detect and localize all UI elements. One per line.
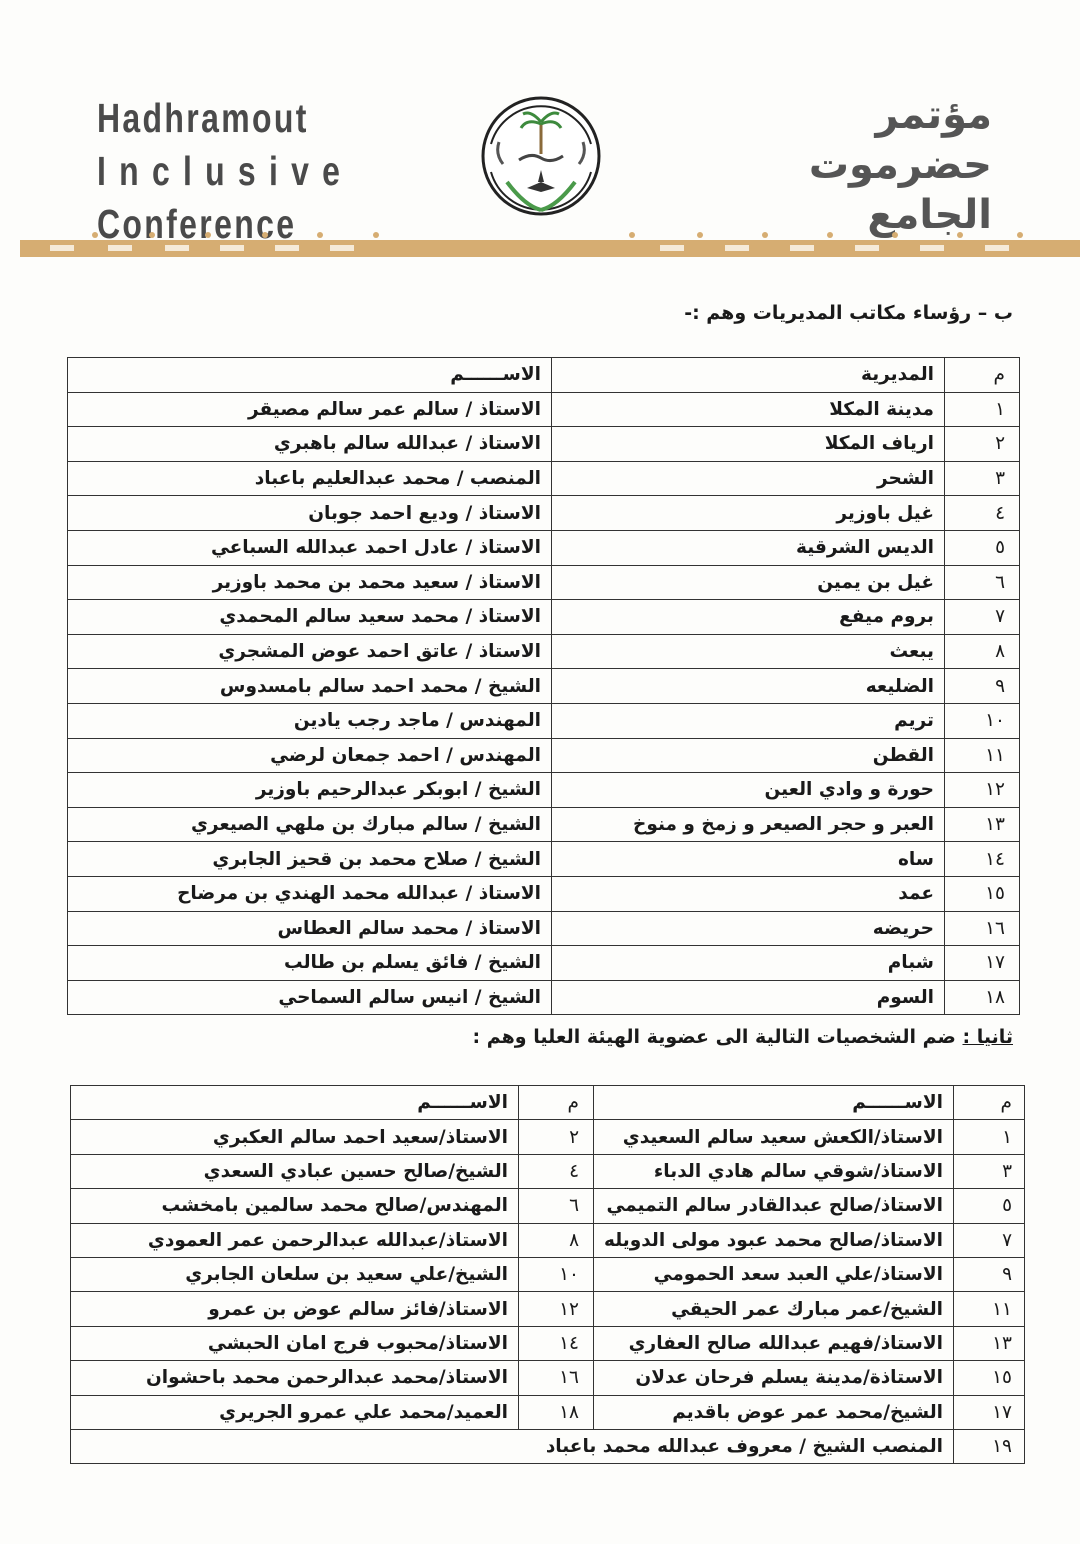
- member-num: ١٧: [954, 1395, 1025, 1429]
- directorate-name: غيل باوزير: [552, 496, 945, 531]
- table-row: ١٥عمدالاستاذ / عبدالله محمد الهندي بن مر…: [68, 876, 1020, 911]
- column-header-num: م: [519, 1086, 594, 1120]
- member-name: الاستاذ/الكعش سعيد سالم السعيدي: [594, 1120, 954, 1154]
- table-row: ٢ارياف المكلاالاستاذ / عبدالله سالم باهب…: [68, 427, 1020, 462]
- member-num: ٦: [519, 1189, 594, 1223]
- directorate-name: بروم ميفع: [552, 600, 945, 635]
- row-num: ٨: [945, 634, 1020, 669]
- member-num: ١١: [954, 1292, 1025, 1326]
- member-name: الاستاذ/فائز سالم عوض بن عمرو: [71, 1292, 519, 1326]
- member-name: المهندس/صالح محمد سالمين بامخشب: [71, 1189, 519, 1223]
- directorate-name: الضليعه: [552, 669, 945, 704]
- table-row: ١٧شبامالشيخ / فائق يسلم بن طالب: [68, 946, 1020, 981]
- member-num: ٥: [954, 1189, 1025, 1223]
- row-num: ١٠: [945, 703, 1020, 738]
- row-num: ١٢: [945, 773, 1020, 808]
- row-num: ١: [945, 392, 1020, 427]
- member-name: الشيخ/محمد عمر عوض باقديم: [594, 1395, 954, 1429]
- column-header-name: الاســــــم: [594, 1086, 954, 1120]
- member-num: ١٣: [954, 1326, 1025, 1360]
- row-num: ١٧: [945, 946, 1020, 981]
- column-header-name: الاســــــم: [71, 1086, 519, 1120]
- conference-logo-icon: [477, 92, 605, 220]
- table-row: ٧بروم ميفعالاستاذ / محمد سعيد سالم المحم…: [68, 600, 1020, 635]
- table-row: ٩الضليعهالشيخ / محمد احمد سالم بامسدوس: [68, 669, 1020, 704]
- row-num: ١٥: [945, 876, 1020, 911]
- directorate-name: حريضه: [552, 911, 945, 946]
- decorative-band: [20, 230, 1080, 260]
- section-2-label: ثانيا :: [962, 1026, 1013, 1048]
- directorate-name: السوم: [552, 980, 945, 1015]
- office-head-name: المنصب / محمد عبدالعليم باعباد: [68, 461, 552, 496]
- office-head-name: المهندس / احمد جمعان لرضي: [68, 738, 552, 773]
- letterhead: Hadhramout Inclusive Conference مؤتمر حض…: [0, 80, 1080, 265]
- table-header-row: م المديرية الاســــــم: [68, 358, 1020, 393]
- row-num: ٤: [945, 496, 1020, 531]
- member-name: الاستاذ/سعيد احمد سالم العكبري: [71, 1120, 519, 1154]
- directorate-name: غيل بن يمين: [552, 565, 945, 600]
- row-num: ٣: [945, 461, 1020, 496]
- table-row: ١٦حريضهالاستاذ / محمد سالم العطاس: [68, 911, 1020, 946]
- table-row: ١٤ساهالشيخ / صلاح محمد بن قحيز الجابري: [68, 842, 1020, 877]
- office-head-name: الاستاذ / سعيد محمد بن محمد باوزير: [68, 565, 552, 600]
- office-head-name: الشيخ / سالم مبارك بن ملهي الصيعري: [68, 807, 552, 842]
- table-row: ١٥الاستاذة/مدينة يسلم فرحان عدلان١٦الاست…: [71, 1361, 1025, 1395]
- member-name: الاستاذ/عبدالله عبدالرحمن عمر العمودي: [71, 1223, 519, 1257]
- member-name: الاستاذ/محبوب فرج امان الحبشي: [71, 1326, 519, 1360]
- directorate-name: مدينة المكلا: [552, 392, 945, 427]
- table-row: ١مدينة المكلاالاستاذ / سالم عمر سالم مصي…: [68, 392, 1020, 427]
- row-num: ١٨: [945, 980, 1020, 1015]
- table-row: ٥الاستاذ/صالح عبدالقادر سالم التميمي٦الم…: [71, 1189, 1025, 1223]
- directorate-name: حورة و وادي العين: [552, 773, 945, 808]
- column-header-name: الاســــــم: [68, 358, 552, 393]
- directorate-name: الشحر: [552, 461, 945, 496]
- member-name: الشيخ/عمر مبارك عمر الحيقي: [594, 1292, 954, 1326]
- table-header-row: م الاســــــم م الاســــــم: [71, 1086, 1025, 1120]
- office-head-name: الاستاذ / عاتق احمد عوض المشجري: [68, 634, 552, 669]
- member-num: ٨: [519, 1223, 594, 1257]
- directorate-name: شبام: [552, 946, 945, 981]
- office-head-name: الاستاذ / عبدالله سالم باهبري: [68, 427, 552, 462]
- office-head-name: الشيخ / ابوبكر عبدالرحيم باوزير: [68, 773, 552, 808]
- table-row: ١٠تريمالمهندس / ماجد رجب يادين: [68, 703, 1020, 738]
- table-row: ١١الشيخ/عمر مبارك عمر الحيقي١٢الاستاذ/فا…: [71, 1292, 1025, 1326]
- table-row: ٤غيل باوزيرالاستاذ / وديع احمد جوبان: [68, 496, 1020, 531]
- member-num: ١٩: [954, 1429, 1025, 1463]
- table-row: ٩الاستاذ/علي العبد سعد الحمومي١٠الشيخ/عل…: [71, 1257, 1025, 1291]
- member-name: العميد/محمد علي عمرو الجريري: [71, 1395, 519, 1429]
- directorate-name: تريم: [552, 703, 945, 738]
- row-num: ٧: [945, 600, 1020, 635]
- member-num: ٢: [519, 1120, 594, 1154]
- conference-title-arabic: مؤتمر حضرموت الجامع: [809, 90, 992, 240]
- directorate-name: ساه: [552, 842, 945, 877]
- member-name: الاستاذة/مدينة يسلم فرحان عدلان: [594, 1361, 954, 1395]
- member-num: ٧: [954, 1223, 1025, 1257]
- office-head-name: الشيخ / فائق يسلم بن طالب: [68, 946, 552, 981]
- member-name: الاستاذ/فهيم عبدالله صالح العفاري: [594, 1326, 954, 1360]
- office-head-name: المهندس / ماجد رجب يادين: [68, 703, 552, 738]
- directorate-name: يبعث: [552, 634, 945, 669]
- directorate-name: الديس الشرقية: [552, 530, 945, 565]
- member-name: الشيخ/صالح حسين عبادي السعدي: [71, 1154, 519, 1188]
- row-num: ٢: [945, 427, 1020, 462]
- high-committee-members-table: م الاســــــم م الاســــــم ١الاستاذ/الك…: [70, 1085, 1025, 1464]
- member-name: الاستاذ/صالح عبدالقادر سالم التميمي: [594, 1189, 954, 1223]
- office-head-name: الاستاذ / محمد سالم العطاس: [68, 911, 552, 946]
- row-num: ٩: [945, 669, 1020, 704]
- directorate-name: العبر و حجر الصيعر و زمخ و منوخ: [552, 807, 945, 842]
- member-num: ١٤: [519, 1326, 594, 1360]
- member-name: الاستاذ/محمد عبدالرحمن محمد باحشوان: [71, 1361, 519, 1395]
- row-num: ١١: [945, 738, 1020, 773]
- office-head-name: الاستاذ / عبدالله محمد الهندي بن مرضاح: [68, 876, 552, 911]
- member-num: ١٠: [519, 1257, 594, 1291]
- table-row: ٣الشحرالمنصب / محمد عبدالعليم باعباد: [68, 461, 1020, 496]
- member-name: الشيخ/علي سعيد بن سلعان الجابري: [71, 1257, 519, 1291]
- table-row: ١١القطنالمهندس / احمد جمعان لرضي: [68, 738, 1020, 773]
- table-row-last: ١٩ المنصب الشيخ / معروف عبدالله محمد باع…: [71, 1429, 1025, 1463]
- office-head-name: الاستاذ / سالم عمر سالم مصيقر: [68, 392, 552, 427]
- section-b-heading: ب – رؤساء مكاتب المديريات وهم :-: [684, 302, 1013, 324]
- office-head-name: الاستاذ / محمد سعيد سالم المحمدي: [68, 600, 552, 635]
- table-row: ١٢حورة و وادي العينالشيخ / ابوبكر عبدالر…: [68, 773, 1020, 808]
- table-row: ١الاستاذ/الكعش سعيد سالم السعيدي٢الاستاذ…: [71, 1120, 1025, 1154]
- table-row: ٦غيل بن يمينالاستاذ / سعيد محمد بن محمد …: [68, 565, 1020, 600]
- directorate-name: ارياف المكلا: [552, 427, 945, 462]
- office-head-name: الشيخ / صلاح محمد بن قحيز الجابري: [68, 842, 552, 877]
- office-head-name: الشيخ / محمد احمد سالم بامسدوس: [68, 669, 552, 704]
- table-row: ١٧الشيخ/محمد عمر عوض باقديم١٨العميد/محمد…: [71, 1395, 1025, 1429]
- office-head-name: الاستاذ / عادل احمد عبدالله السباعي: [68, 530, 552, 565]
- conference-title-english: Hadhramout Inclusive Conference: [97, 92, 319, 251]
- directorate-heads-table: م المديرية الاســــــم ١مدينة المكلاالاس…: [67, 357, 1020, 1015]
- office-head-name: الشيخ / انيس سالم السماحي: [68, 980, 552, 1015]
- section-2-text: ضم الشخصيات التالية الى عضوية الهيئة الع…: [473, 1026, 963, 1048]
- member-num: ١٢: [519, 1292, 594, 1326]
- member-name: الاستاذ/علي العبد سعد الحمومي: [594, 1257, 954, 1291]
- directorate-name: عمد: [552, 876, 945, 911]
- column-header-num: م: [954, 1086, 1025, 1120]
- member-name: المنصب الشيخ / معروف عبدالله محمد باعباد: [71, 1429, 954, 1463]
- member-name: الاستاذ/صالح محمد عبود مولى الدويله: [594, 1223, 954, 1257]
- member-num: ١٨: [519, 1395, 594, 1429]
- table-row: ٧الاستاذ/صالح محمد عبود مولى الدويله٨الا…: [71, 1223, 1025, 1257]
- row-num: ١٣: [945, 807, 1020, 842]
- member-name: الاستاذ/شوقي سالم هادي الدباء: [594, 1154, 954, 1188]
- column-header-num: م: [945, 358, 1020, 393]
- member-num: ١٥: [954, 1361, 1025, 1395]
- member-num: ١٦: [519, 1361, 594, 1395]
- member-num: ٩: [954, 1257, 1025, 1291]
- section-2-heading: ثانيا : ضم الشخصيات التالية الى عضوية ال…: [473, 1026, 1014, 1048]
- row-num: ١٤: [945, 842, 1020, 877]
- table-row: ٨يبعثالاستاذ / عاتق احمد عوض المشجري: [68, 634, 1020, 669]
- table-row: ١٣العبر و حجر الصيعر و زمخ و منوخالشيخ /…: [68, 807, 1020, 842]
- table-row: ١٨السومالشيخ / انيس سالم السماحي: [68, 980, 1020, 1015]
- table-row: ٥الديس الشرقيةالاستاذ / عادل احمد عبدالل…: [68, 530, 1020, 565]
- office-head-name: الاستاذ / وديع احمد جوبان: [68, 496, 552, 531]
- column-header-directorate: المديرية: [552, 358, 945, 393]
- directorate-name: القطن: [552, 738, 945, 773]
- member-num: ٤: [519, 1154, 594, 1188]
- member-num: ١: [954, 1120, 1025, 1154]
- table-row: ٣الاستاذ/شوقي سالم هادي الدباء٤الشيخ/صال…: [71, 1154, 1025, 1188]
- row-num: ١٦: [945, 911, 1020, 946]
- member-num: ٣: [954, 1154, 1025, 1188]
- row-num: ٥: [945, 530, 1020, 565]
- row-num: ٦: [945, 565, 1020, 600]
- table-row: ١٣الاستاذ/فهيم عبدالله صالح العفاري١٤الا…: [71, 1326, 1025, 1360]
